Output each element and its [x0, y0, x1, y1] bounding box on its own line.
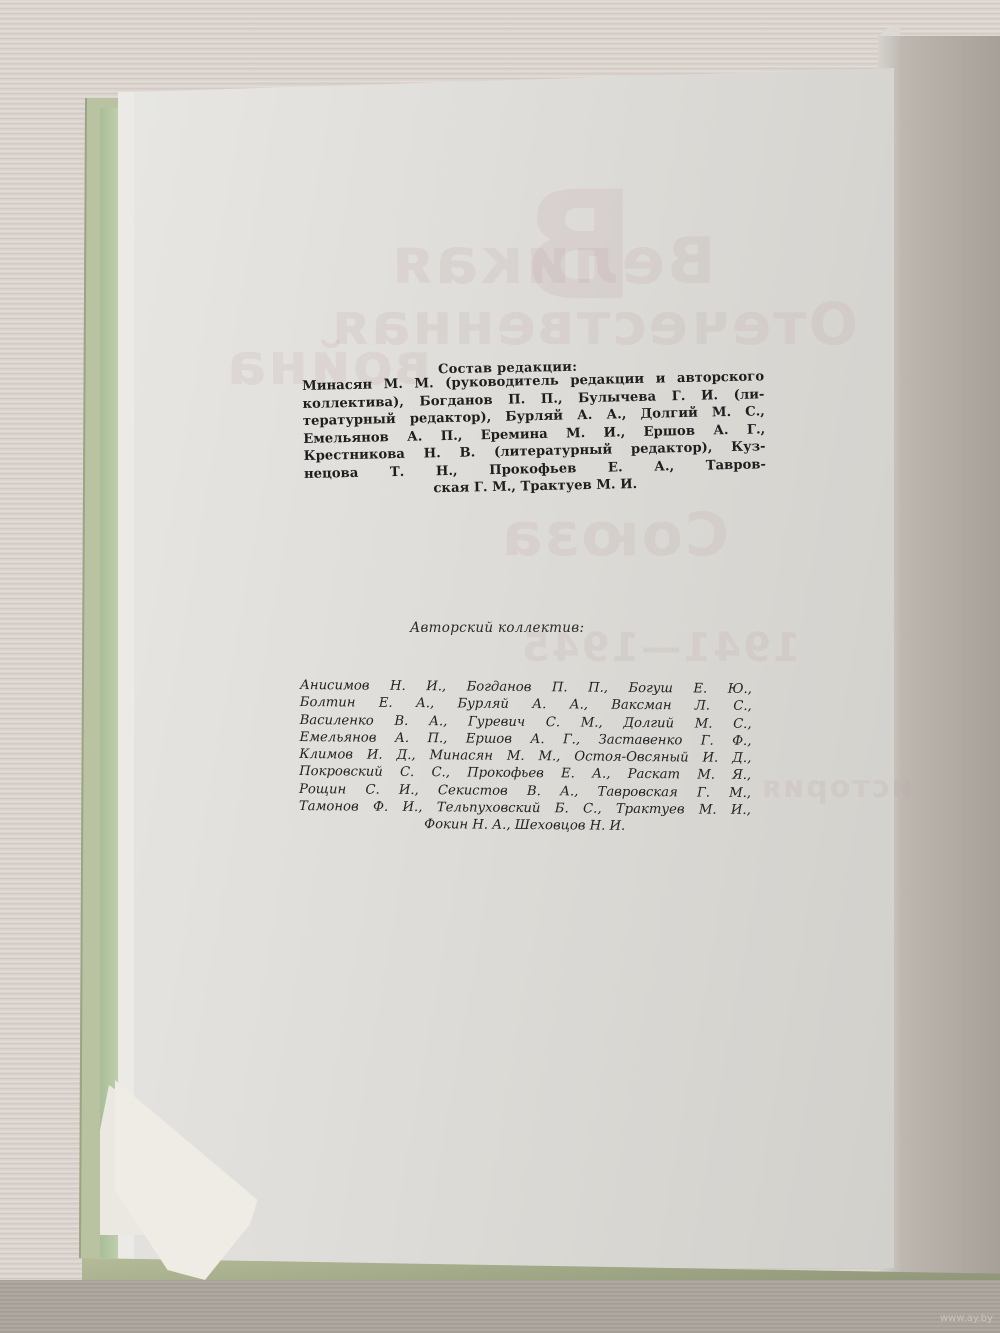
author-line: Фокин Н. А., Шеховцов Н. И. — [299, 815, 751, 836]
watermark: www.ay.by — [940, 1313, 993, 1324]
page-content: Состав редакции: Минасян М. М. (руководи… — [0, 0, 1000, 1333]
editorial-board-list: Минасян М. М. (руководитель редакции и а… — [302, 368, 766, 500]
authors-list: Анисимов Н. И., Богданов П. П., Богуш Е.… — [299, 677, 752, 837]
authors-heading: Авторский коллектив: — [410, 620, 584, 636]
